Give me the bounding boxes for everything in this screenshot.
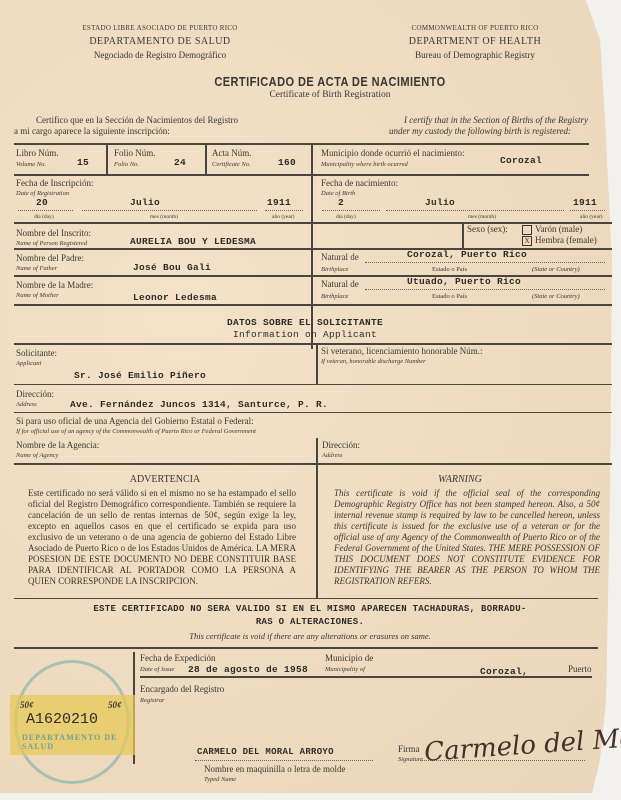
advertencia-title: ADVERTENCIA	[14, 474, 316, 485]
header-right-line2: DEPARTMENT OF HEALTH	[360, 36, 590, 47]
divider	[18, 210, 73, 211]
mother-country-label: (State or Country)	[532, 293, 580, 300]
signature-label: Firma	[398, 744, 420, 754]
divider	[316, 438, 318, 598]
intro-en-line1: I certify that in the Section of Births …	[404, 115, 588, 125]
divider	[14, 598, 598, 599]
address-label-en: Address	[16, 401, 37, 408]
registrant-label: Nombre del Inscrito:	[16, 228, 91, 238]
mother-birthplace: Utuado, Puerto Rico	[407, 276, 521, 287]
divider	[365, 262, 605, 263]
registrar-label: Encargado del Registro	[140, 684, 224, 694]
applicant-section-subtitle: Information on Applicant	[130, 329, 480, 340]
address-label: Dirección:	[16, 389, 54, 399]
issue-date-label-en: Date of Issue	[140, 666, 174, 673]
divider	[140, 676, 592, 678]
official-use-label: Si para uso oficial de una Agencia del G…	[16, 416, 254, 426]
male-label: Varón (male)	[535, 224, 582, 234]
official-use-label-en: If for official use of an agency of the …	[16, 428, 256, 435]
mother-state-label: Estado o País	[432, 293, 467, 300]
header-left-line2: DEPARTAMENTO DE SALUD	[40, 36, 280, 47]
certificate-label-en: Certificate No.	[212, 161, 251, 168]
municipality-label: Municipio donde ocurrió el nacimiento:	[321, 148, 464, 158]
mother-birthplace-label-en: Birthplace	[321, 293, 348, 300]
divider	[14, 647, 598, 649]
divider	[316, 344, 318, 384]
father-name: José Bou Gali	[133, 262, 211, 273]
registration-day: 20	[36, 197, 48, 208]
advertencia-text: Este certificado no será válido si en el…	[28, 488, 296, 587]
divider	[462, 223, 464, 248]
volume-label-en: Volume No.	[16, 161, 46, 168]
document-title: CERTIFICADO DE ACTA DE NACIMIENTO	[160, 74, 500, 89]
header-right-line1: COMMONWEALTH OF PUERTO RICO	[360, 24, 590, 32]
registration-year-label: año (year)	[272, 214, 294, 220]
municipality-value: Corozal	[500, 155, 542, 166]
header-left-line3: Negociado de Registro Demográfico	[40, 50, 280, 60]
father-birthplace-label: Natural de	[321, 252, 359, 262]
veteran-label: Si veterano, licenciamiento honorable Nú…	[321, 346, 482, 356]
registration-year: 1911	[267, 197, 291, 208]
validity-en: This certificate is void if there are an…	[40, 631, 580, 641]
divider	[14, 275, 612, 277]
registrar-label-en: Registrar	[140, 697, 165, 704]
registration-month-label: mes (month)	[150, 214, 178, 220]
agency-address-label-en: Address	[322, 452, 343, 459]
divider	[14, 343, 612, 345]
stamp-denomination-right: 50¢	[108, 700, 122, 710]
warning-title: WARNING	[320, 474, 600, 485]
certificate-value: 160	[278, 157, 296, 168]
sex-female-option: XHembra (female)	[522, 235, 597, 246]
female-checkbox: X	[522, 236, 532, 246]
issue-municipality-suffix: Puerto	[568, 664, 592, 674]
divider	[14, 304, 612, 306]
birth-month: Julio	[425, 197, 455, 208]
birth-date-label-en: Date of Birth	[321, 190, 355, 197]
applicant-label-en: Applicant	[16, 360, 41, 367]
seal-text: DEPARTAMENTO DE SALUD	[22, 733, 135, 751]
stamp-denomination-left: 50¢	[20, 700, 34, 710]
intro-es-line1: Certifico que en la Sección de Nacimient…	[36, 115, 238, 125]
female-label: Hembra (female)	[535, 235, 597, 245]
issue-date: 28 de agosto de 1958	[188, 664, 308, 675]
mother-birthplace-label: Natural de	[321, 279, 359, 289]
validity-line2: RAS O ALTERACIONES.	[40, 617, 580, 627]
volume-value: 15	[77, 157, 89, 168]
issue-municipality-label-en: Municipality of	[325, 666, 365, 673]
divider	[386, 210, 564, 211]
divider	[14, 412, 612, 413]
divider	[205, 144, 207, 174]
father-label: Nombre del Padre:	[16, 253, 84, 263]
sex-male-option: Varón (male)	[522, 224, 582, 235]
mother-name: Leonor Ledesma	[133, 292, 217, 303]
warning-text: This certificate is void if the official…	[334, 488, 600, 587]
registration-date-label: Fecha de Inscripción:	[16, 178, 93, 188]
folio-value: 24	[174, 157, 186, 168]
registration-date-label-en: Date of Registration	[16, 190, 69, 197]
certificate-label: Acta Núm.	[212, 148, 252, 158]
divider	[570, 210, 605, 211]
male-checkbox	[522, 225, 532, 235]
divider	[195, 760, 373, 761]
birth-date-label: Fecha de nacimiento:	[321, 178, 398, 188]
municipality-label-en: Municipality where birth ocurred	[321, 161, 408, 168]
applicant-label: Solicitante:	[16, 348, 57, 358]
header-left-line1: ESTADO LIBRE ASOCIADO DE PUERTO RICO	[40, 24, 280, 32]
divider	[106, 144, 108, 174]
mother-label: Nombre de la Madre:	[16, 280, 93, 290]
registration-day-label: día (day)	[34, 214, 54, 220]
sex-label: Sexo (sex):	[467, 224, 508, 234]
agency-name-label-en: Name of Agency	[16, 452, 58, 459]
mother-label-en: Name of Mother	[16, 292, 59, 299]
folio-label: Folio Núm.	[114, 148, 156, 158]
birth-year-label: año (year)	[580, 214, 602, 220]
divider	[14, 384, 612, 385]
agency-name-label: Nombre de la Agencia:	[16, 440, 99, 450]
father-birthplace: Corozal, Puerto Rico	[407, 249, 527, 260]
issue-municipality-label: Municipio de	[325, 653, 373, 663]
registrar-typed-name: CARMELO DEL MORAL ARROYO	[197, 747, 334, 757]
birth-year: 1911	[573, 197, 597, 208]
issue-date-label: Fecha de Expedición	[140, 653, 215, 663]
father-country-label: (State or Country)	[532, 266, 580, 273]
divider	[265, 210, 303, 211]
document-subtitle: Certificate of Birth Registration	[130, 90, 530, 100]
divider	[14, 463, 612, 465]
typed-name-label-en: Typed Name	[204, 776, 236, 783]
header-right-line3: Bureau of Demographic Registry	[360, 50, 590, 60]
folio-label-en: Folio No.	[114, 161, 139, 168]
divider	[322, 210, 380, 211]
father-label-en: Name of Father	[16, 265, 57, 272]
divider	[82, 210, 257, 211]
agency-address-label: Dirección:	[322, 440, 360, 450]
registration-month: Julio	[130, 197, 160, 208]
father-state-label: Estado o País	[432, 266, 467, 273]
typed-name-label: Nombre en maquinilla o letra de molde	[204, 764, 345, 774]
applicant-section-title: DATOS SOBRE EL SOLICITANTE	[130, 317, 480, 328]
divider	[14, 143, 589, 145]
registrant-name: AURELIA BOU Y LEDESMA	[130, 236, 256, 247]
veteran-label-en: If veteran, honorable discharge Number	[321, 358, 426, 365]
registrant-label-en: Name of Person Registered	[16, 240, 87, 247]
stamp-serial: A1620210	[26, 711, 98, 728]
revenue-stamp: 50¢ 50¢ A1620210 DEPARTAMENTO DE SALUD	[10, 695, 135, 755]
birth-month-label: mes (month)	[468, 214, 496, 220]
father-birthplace-label-en: Birthplace	[321, 266, 348, 273]
volume-label: Libro Núm.	[16, 148, 59, 158]
intro-en-line2: under my custody the following birth is …	[389, 126, 571, 136]
divider	[14, 174, 589, 176]
intro-es-line2: a mi cargo aparece la siguiente inscripc…	[14, 126, 170, 136]
applicant-address: Ave. Fernández Juncos 1314, Santurce, P.…	[70, 399, 328, 410]
birth-day-label: día (day)	[336, 214, 356, 220]
birth-day: 2	[338, 197, 344, 208]
validity-line1: ESTE CERTIFICADO NO SERA VALIDO SI EN EL…	[40, 604, 580, 614]
divider	[365, 289, 605, 290]
applicant-name: Sr. José Emilio Piñero	[74, 370, 206, 381]
